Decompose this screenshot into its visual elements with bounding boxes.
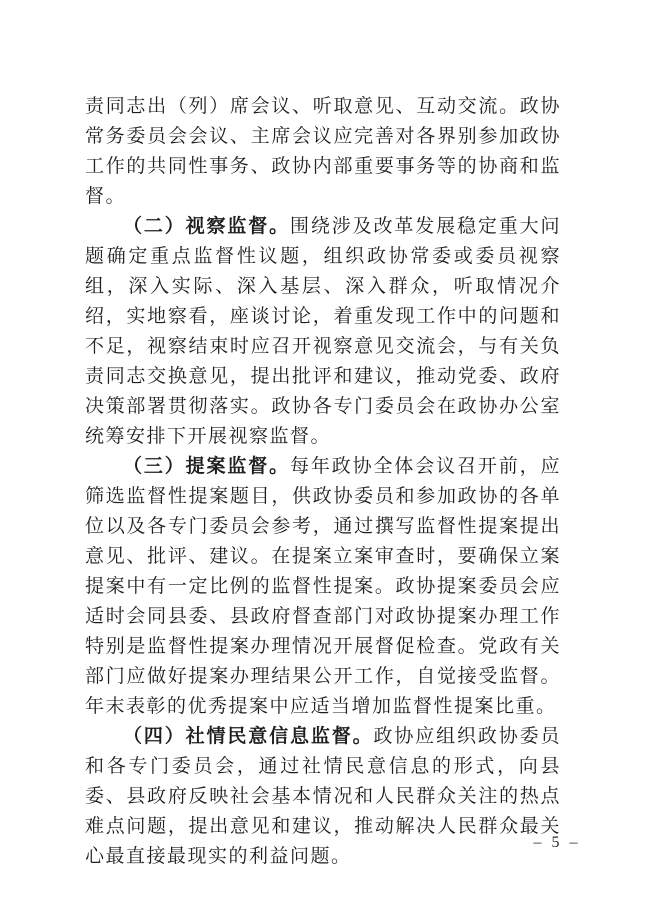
paragraph-text: 责同志出（列）席会议、听取意见、互动交流。政协常务委员会会议、主席会议应完善对各… xyxy=(85,96,561,207)
body-paragraph-public-opinion-supervision: （四）社情民意信息监督。政协应组织政协委员和各专门委员会，通过社情民意信息的形式… xyxy=(85,722,561,872)
paragraph-text: 围绕涉及改革发展稳定重大问题确定重点监督性议题，组织政协常委或委员视察组，深入实… xyxy=(85,216,561,447)
document-text-block: 责同志出（列）席会议、听取意见、互动交流。政协常务委员会会议、主席会议应完善对各… xyxy=(85,92,561,872)
body-paragraph-proposal-supervision: （三）提案监督。每年政协全体会议召开前，应筛选监督性提案题目，供政协委员和参加政… xyxy=(85,452,561,722)
section-heading: （三）提案监督。 xyxy=(123,456,290,477)
body-paragraph-continuation: 责同志出（列）席会议、听取意见、互动交流。政协常务委员会会议、主席会议应完善对各… xyxy=(85,92,561,212)
body-paragraph-inspection-supervision: （二）视察监督。围绕涉及改革发展稳定重大问题确定重点监督性议题，组织政协常委或委… xyxy=(85,212,561,452)
section-heading: （四）社情民意信息监督。 xyxy=(123,726,373,747)
page-number: – 5 – xyxy=(517,833,597,853)
paragraph-text: 每年政协全体会议召开前，应筛选监督性提案题目，供政协委员和参加政协的各单位以及各… xyxy=(85,456,561,717)
paragraph-text: 政协应组织政协委员和各专门委员会，通过社情民意信息的形式，向县委、县政府反映社会… xyxy=(85,726,561,867)
section-heading: （二）视察监督。 xyxy=(123,216,290,237)
document-page: 责同志出（列）席会议、听取意见、互动交流。政协常务委员会会议、主席会议应完善对各… xyxy=(0,0,646,900)
